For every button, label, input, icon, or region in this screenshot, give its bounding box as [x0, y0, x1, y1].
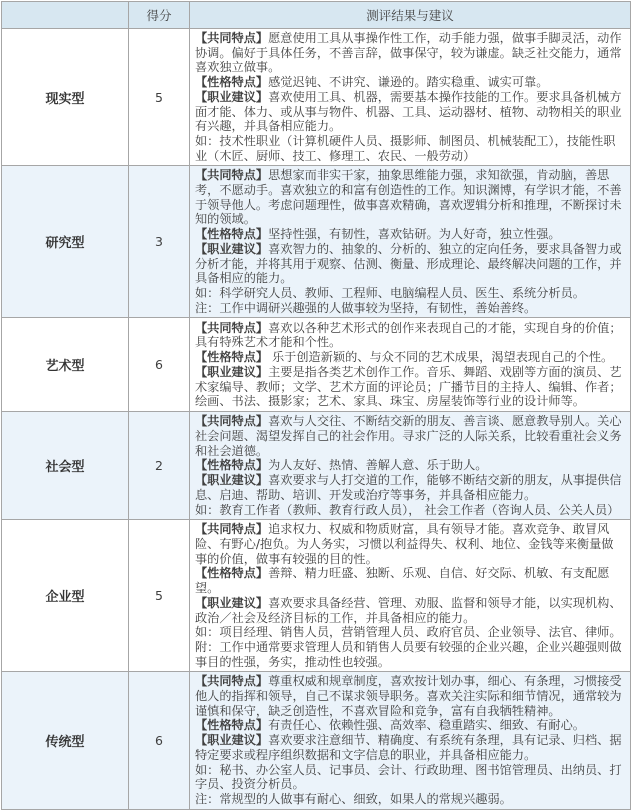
trait-common: 【共同特点】追求权力、权威和物质财富，具有领导才能。喜欢竞争、敢冒风险、有野心/…	[195, 522, 625, 566]
segment-tag: 【共同特点】	[195, 321, 268, 335]
segment-text: 如：教育工作者（教师、教育行政人员）， 社会工作者（咨询人员、公关人员）	[195, 503, 619, 517]
segment-text: 乐于创造新颖的、与众不同的艺术成果，渴望表现自己的个性。	[268, 350, 613, 364]
table-row-investigative: 研究型 3 【共同特点】思想家而非实干家，抽象思维能力强，求知欲强，肯动脑，善思…	[2, 166, 631, 318]
segment-text: 有责任心、依赖性强、高效率、稳重踏实、细致、有耐心。	[268, 718, 585, 732]
table-row-conventional: 传统型 6 【共同特点】尊重权威和规章制度，喜欢按计划办事，细心、有条理，习惯接…	[2, 672, 631, 809]
header-score-column: 得分	[129, 2, 190, 29]
segment-text: 坚持性强，有韧性，喜欢钻研。为人好奇，独立性强。	[268, 227, 561, 241]
trait-common: 【共同特点】愿意使用工具从事操作性工作，动手能力强，做事手脚灵活，动作协调。偏好…	[195, 31, 625, 75]
type-label: 企业型	[2, 520, 129, 672]
segment-text: 如：项目经理、销售人员，营销管理人员、政府官员、企业领导、法官、律师。	[195, 625, 622, 639]
segment-tag: 【职业建议】	[195, 733, 268, 747]
trait-career-advice: 【职业建议】喜欢智力的、抽象的、分析的、独立的定向任务，要求具备智力或分析才能，…	[195, 242, 625, 286]
table-header-row: 得分 测评结果与建议	[2, 2, 631, 29]
trait-examples: 如：项目经理、销售人员，营销管理人员、政府官员、企业领导、法官、律师。	[195, 625, 625, 640]
segment-tag: 【职业建议】	[195, 596, 268, 610]
segment-tag: 【共同特点】	[195, 31, 268, 45]
result-content: 【共同特点】喜欢与人交往、不断结交新的朋友、善言谈、愿意教导别人。关心社会问题、…	[190, 412, 631, 520]
trait-career-advice: 【职业建议】主要是指各类艺术创作工作。音乐、舞蹈、戏剧等方面的演员、艺术家编导、…	[195, 365, 625, 409]
segment-text: 如：秘书、办公室人员、记事员、会计、行政助理、图书馆管理员、出纳员、打字员、投资…	[195, 763, 622, 792]
segment-text: 如：技术性职业（计算机硬件人员、摄影师、制图员、机械装配工），技能性职业（木匠、…	[195, 134, 615, 163]
segment-text: 为人友好、热情、善解人意、乐于助人。	[268, 458, 487, 472]
trait-common: 【共同特点】尊重权威和规章制度，喜欢按计划办事，细心、有条理，习惯接受他人的指挥…	[195, 674, 625, 718]
type-label: 艺术型	[2, 318, 129, 412]
segment-tag: 【共同特点】	[195, 674, 268, 688]
trait-examples: 如：技术性职业（计算机硬件人员、摄影师、制图员、机械装配工），技能性职业（木匠、…	[195, 134, 625, 163]
header-type-column	[2, 2, 129, 29]
type-label: 传统型	[2, 672, 129, 809]
trait-common: 【共同特点】喜欢以各种艺术形式的创作来表现自己的才能，实现自身的价值；具有特殊艺…	[195, 321, 625, 350]
score-value: 2	[129, 412, 190, 520]
trait-personality: 【性格特点】感觉迟钝、不讲究、谦逊的。踏实稳重、诚实可靠。	[195, 75, 625, 90]
segment-tag: 【性格特点】	[195, 350, 268, 364]
result-content: 【共同特点】愿意使用工具从事操作性工作，动手能力强，做事手脚灵活，动作协调。偏好…	[190, 29, 631, 166]
trait-personality: 【性格特点】善辩、精力旺盛、独断、乐观、自信、好交际、机敏、有支配愿望。	[195, 566, 625, 595]
segment-tag: 【共同特点】	[195, 414, 268, 428]
segment-text: 注：常规型的人做事有耐心、细致，如果人的常规兴趣弱。	[195, 792, 512, 806]
trait-personality: 【性格特点】坚持性强，有韧性，喜欢钻研。为人好奇，独立性强。	[195, 227, 625, 242]
holland-result-table: 得分 测评结果与建议 现实型 5 【共同特点】愿意使用工具从事操作性工作，动手能…	[1, 1, 631, 810]
result-content: 【共同特点】喜欢以各种艺术形式的创作来表现自己的才能，实现自身的价值；具有特殊艺…	[190, 318, 631, 412]
trait-examples: 如：科学研究人员、教师、工程师、电脑编程人员、医生、系统分析员。	[195, 286, 625, 301]
type-label: 现实型	[2, 29, 129, 166]
table-row-artistic: 艺术型 6 【共同特点】喜欢以各种艺术形式的创作来表现自己的才能，实现自身的价值…	[2, 318, 631, 412]
trait-note: 附：工作中通常要求管理人员和销售人员要有较强的企业兴趣，企业兴趣强则做事目的性强…	[195, 640, 625, 669]
trait-career-advice: 【职业建议】喜欢要求与人打交道的工作，能够不断结交新的朋友，从事提供信息、启迪、…	[195, 473, 625, 502]
score-value: 6	[129, 318, 190, 412]
segment-text: 如：科学研究人员、教师、工程师、电脑编程人员、医生、系统分析员。	[195, 286, 585, 300]
trait-examples: 如：秘书、办公室人员、记事员、会计、行政助理、图书馆管理员、出纳员、打字员、投资…	[195, 763, 625, 792]
segment-tag: 【共同特点】	[195, 168, 268, 182]
result-content: 【共同特点】追求权力、权威和物质财富，具有领导才能。喜欢竞争、敢冒风险、有野心/…	[190, 520, 631, 672]
segment-tag: 【职业建议】	[195, 365, 268, 379]
trait-examples: 如：教育工作者（教师、教育行政人员）， 社会工作者（咨询人员、公关人员）	[195, 503, 625, 518]
segment-text: 附：工作中通常要求管理人员和销售人员要有较强的企业兴趣，企业兴趣强则做事目的性强…	[195, 640, 622, 669]
type-label: 研究型	[2, 166, 129, 318]
segment-tag: 【性格特点】	[195, 566, 268, 580]
assessment-result-page: 得分 测评结果与建议 现实型 5 【共同特点】愿意使用工具从事操作性工作，动手能…	[0, 0, 631, 788]
trait-career-advice: 【职业建议】喜欢要求注意细节、精确度、有系统有条理，具有记录、归档、据特定要求或…	[195, 733, 625, 762]
trait-common: 【共同特点】思想家而非实干家，抽象思维能力强，求知欲强，肯动脑，善思考，不愿动手…	[195, 168, 625, 227]
trait-common: 【共同特点】喜欢与人交往、不断结交新的朋友、善言谈、愿意教导别人。关心社会问题、…	[195, 414, 625, 458]
segment-tag: 【性格特点】	[195, 75, 268, 89]
type-label: 社会型	[2, 412, 129, 520]
segment-text: 注：工作中调研兴趣强的人做事较为坚持，有韧性，善始善终。	[195, 301, 536, 315]
table-row-enterprising: 企业型 5 【共同特点】追求权力、权威和物质财富，具有领导才能。喜欢竞争、敢冒风…	[2, 520, 631, 672]
score-value: 5	[129, 520, 190, 672]
score-value: 3	[129, 166, 190, 318]
score-value: 5	[129, 29, 190, 166]
segment-tag: 【共同特点】	[195, 522, 268, 536]
table-row-social: 社会型 2 【共同特点】喜欢与人交往、不断结交新的朋友、善言谈、愿意教导别人。关…	[2, 412, 631, 520]
table-row-realistic: 现实型 5 【共同特点】愿意使用工具从事操作性工作，动手能力强，做事手脚灵活，动…	[2, 29, 631, 166]
segment-tag: 【性格特点】	[195, 458, 268, 472]
segment-tag: 【职业建议】	[195, 90, 268, 104]
trait-personality: 【性格特点】有责任心、依赖性强、高效率、稳重踏实、细致、有耐心。	[195, 718, 625, 733]
score-value: 6	[129, 672, 190, 809]
trait-career-advice: 【职业建议】喜欢使用工具、机器，需要基本操作技能的工作。要求具备机械方面才能、体…	[195, 90, 625, 134]
result-content: 【共同特点】尊重权威和规章制度，喜欢按计划办事，细心、有条理，习惯接受他人的指挥…	[190, 672, 631, 809]
segment-tag: 【职业建议】	[195, 242, 268, 256]
trait-career-advice: 【职业建议】喜欢要求具备经营、管理、劝服、监督和领导才能，以实现机构、政治／社会…	[195, 596, 625, 625]
result-content: 【共同特点】思想家而非实干家，抽象思维能力强，求知欲强，肯动脑，善思考，不愿动手…	[190, 166, 631, 318]
trait-note: 注：工作中调研兴趣强的人做事较为坚持，有韧性，善始善终。	[195, 301, 625, 316]
segment-tag: 【性格特点】	[195, 227, 268, 241]
trait-personality: 【性格特点】为人友好、热情、善解人意、乐于助人。	[195, 458, 625, 473]
segment-tag: 【职业建议】	[195, 473, 268, 487]
header-result-column: 测评结果与建议	[190, 2, 631, 29]
trait-personality: 【性格特点】 乐于创造新颖的、与众不同的艺术成果，渴望表现自己的个性。	[195, 350, 625, 365]
trait-note: 注：常规型的人做事有耐心、细致，如果人的常规兴趣弱。	[195, 792, 625, 807]
segment-text: 感觉迟钝、不讲究、谦逊的。踏实稳重、诚实可靠。	[268, 75, 548, 89]
segment-tag: 【性格特点】	[195, 718, 268, 732]
